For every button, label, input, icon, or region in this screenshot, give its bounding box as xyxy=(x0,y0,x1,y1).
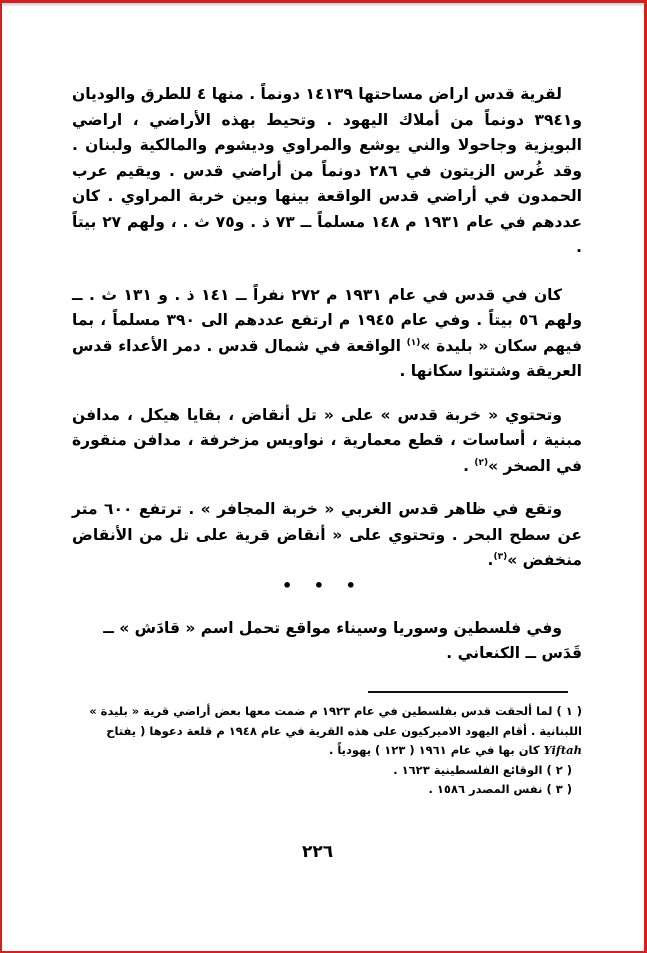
paragraph-3: وتحتوي « خربة قدس » على « تل أنقاض ، بقا… xyxy=(72,403,582,480)
page-number: ٢٢٦ xyxy=(302,842,333,862)
paragraph-1-text: لقرية قدس اراض مساحتها ١٤١٣٩ دونماً . من… xyxy=(72,85,582,256)
paragraph-2: كان في قدس في عام ١٩٣١ م ٢٧٢ نفراً ــ ١٤… xyxy=(72,283,582,385)
footnote-1: ( ١ ) لما ألحقت قدس بفلسطين في عام ١٩٢٣ … xyxy=(72,702,582,761)
footnote-divider xyxy=(368,691,568,693)
paragraph-4: وتقع في ظاهر قدس الغربي « خربة المجافر »… xyxy=(72,497,582,574)
footnote-ref-1[interactable]: (١) xyxy=(407,337,421,347)
section-separator: • • • xyxy=(282,576,364,595)
footnote-3-marker: ( ٣ ) xyxy=(546,782,572,796)
footnote-3: ( ٣ ) نفس المصدر ١٥٨٦ . xyxy=(72,780,582,800)
closing-paragraph: وفي فلسطين وسوريا وسيناء مواقع تحمل اسم … xyxy=(72,616,582,667)
footnote-2-text: الوقائع الفلسطينية ١٦٢٣ . xyxy=(393,763,542,777)
footnote-3-text: نفس المصدر ١٥٨٦ . xyxy=(429,782,543,796)
frame-top-shade xyxy=(2,3,644,6)
footnotes: ( ١ ) لما ألحقت قدس بفلسطين في عام ١٩٢٣ … xyxy=(72,702,582,800)
footnote-2: ( ٢ ) الوقائع الفلسطينية ١٦٢٣ . xyxy=(72,761,582,781)
document-body: لقرية قدس اراض مساحتها ١٤١٣٩ دونماً . من… xyxy=(72,82,582,592)
paragraph-3-text-after: . xyxy=(463,457,474,475)
footnote-1-text-before: لما ألحقت قدس بفلسطين في عام ١٩٢٣ م ضمت … xyxy=(89,704,582,738)
footnote-1-marker: ( ١ ) xyxy=(556,704,582,718)
footnote-2-marker: ( ٢ ) xyxy=(546,763,572,777)
paragraph-3-text-before: وتحتوي « خربة قدس » على « تل أنقاض ، بقا… xyxy=(72,406,582,475)
footnote-ref-2[interactable]: (٢) xyxy=(474,457,488,467)
paragraph-1: لقرية قدس اراض مساحتها ١٤١٣٩ دونماً . من… xyxy=(72,82,582,261)
footnote-1-latin-term: Yiftah xyxy=(544,743,582,757)
footnote-ref-3[interactable]: (٣) xyxy=(493,552,507,562)
footnote-1-text-after: كان بها في عام ١٩٦١ ( ١٢٣ ) يهودياً . xyxy=(329,743,540,757)
